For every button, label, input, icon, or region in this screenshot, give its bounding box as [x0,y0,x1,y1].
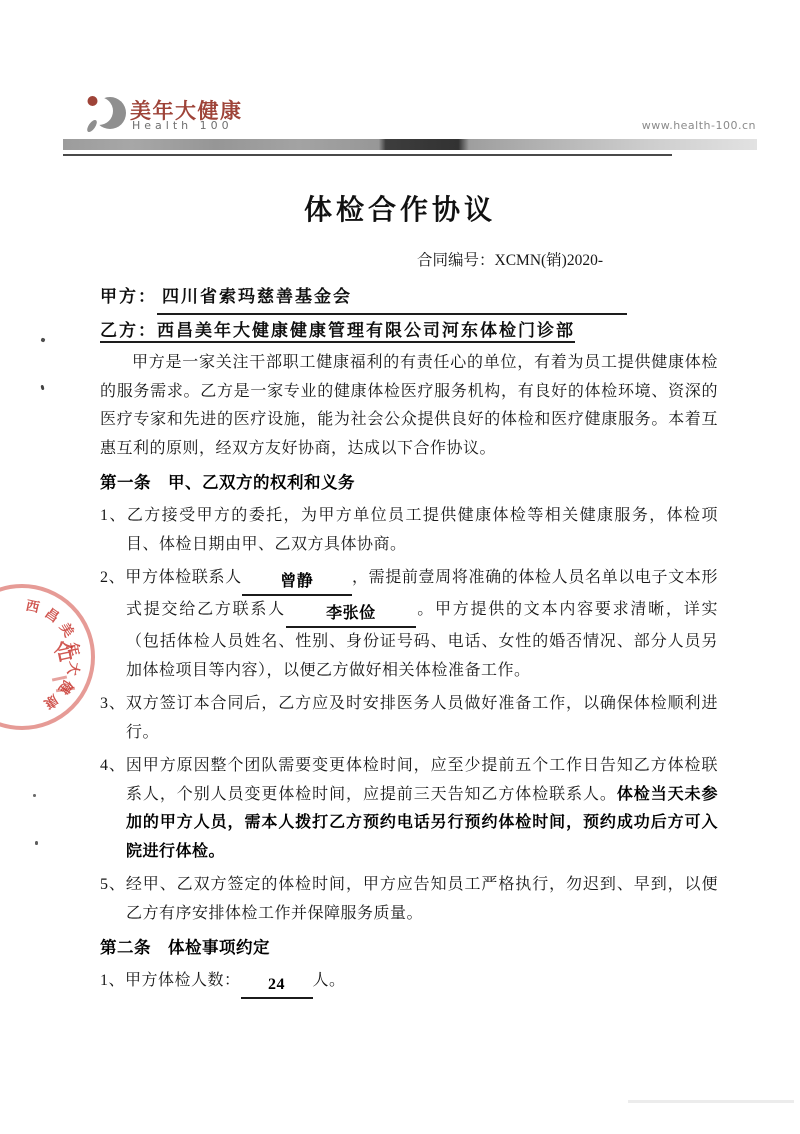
health100-logo-icon [84,93,128,139]
fill-blank-contact-b: 李张俭 [286,601,416,628]
item-number: 2、 [100,569,125,586]
party-a-row: 甲方：四川省索玛慈善基金会 [100,281,718,315]
item-number: 5、 [100,876,126,893]
stamp-inner-mark [56,687,75,693]
item-number: 3、 [100,695,126,712]
party-b-value: 西昌美年大健康健康管理有限公司河东体检门诊部 [157,321,575,340]
item-text: 双方签订本合同后，乙方应及时安排医务人员做好准备工作，以确保体检顺利进行。 [126,695,718,741]
scan-artifact-line [628,1100,794,1103]
item-number: 4、 [100,757,126,774]
party-a-value: 四川省索玛慈善基金会 [162,287,352,306]
section1-item-4: 4、因甲方原因整个团队需要变更体检时间，应至少提前五个工作日告知乙方体检联系人，… [100,752,718,866]
scanned-contract-page: { "header": { "brand_cn": "美年大健康", "bran… [0,0,800,1134]
contract-number: 合同编号：XCMN(销)2020- [100,250,718,272]
intro-paragraph: 甲方是一家关注干部职工健康福利的有责任心的单位，有着为员工提供健康体检的服务需求… [100,349,718,463]
scan-speck [35,841,38,845]
item-text-post: 人。 [313,972,346,989]
brand-name-english: Health 100 [132,119,233,132]
party-b-row: 乙方：西昌美年大健康健康管理有限公司河东体检门诊部 [100,315,718,347]
section2-item-1: 1、甲方体检人数：24人。 [100,967,718,999]
contract-body: 合同编号：XCMN(销)2020- 甲方：四川省索玛慈善基金会 乙方：西昌美年大… [100,250,718,999]
fill-blank-headcount: 24 [241,972,313,999]
party-a-label: 甲方： [100,287,157,306]
fill-blank-contact-a: 曾静 [242,569,352,596]
section1-item-2: 2、甲方体检联系人曾静，需提前壹周将准确的体检人员名单以电子文本形式提交给乙方联… [100,564,718,685]
party-b-label: 乙方： [100,321,157,340]
section1-item-5: 5、经甲、乙双方签定的体检时间，甲方应告知员工严格执行，勿迟到、早到，以便乙方有… [100,871,718,928]
item-text-pre: 甲方体检联系人 [125,569,242,586]
stamp-circle [0,584,95,730]
section1-item-1: 1、乙方接受甲方的委托，为甲方单位员工提供健康体检等相关健康服务，体检项目、体检… [100,502,718,559]
scan-speck [40,337,45,342]
item-text: 经甲、乙双方签定的体检时间，甲方应告知员工严格执行，勿迟到、早到，以便乙方有序安… [126,876,718,922]
scan-speck [40,385,44,391]
stamp-arc-char: 西 [24,594,41,616]
stamp-arc-char: 年 [64,641,86,658]
item-text-pre: 甲方体检人数： [125,972,241,989]
section2-heading: 第二条 体检事项约定 [100,933,718,962]
header-rule-line [63,154,672,156]
stamp-arc-char: 健 [55,677,79,699]
section1-heading: 第一条 甲、乙双方的权利和义务 [100,468,718,497]
stamp-arc-char: 昌 [42,602,65,626]
stamp-center-char: 合 [51,634,78,668]
stamp-arc-char: 康 [41,691,63,715]
website-url: www.health-100.cn [642,119,756,132]
item-number: 1、 [100,507,127,524]
document-title: 体检合作协议 [0,188,800,228]
scan-speck [33,794,36,797]
stamp-inner-mark [52,675,67,681]
party-a-underline: 四川省索玛慈善基金会 [157,281,627,315]
stamp-arc-char: 大 [64,660,86,677]
item-number: 1、 [100,972,125,989]
stamp-arc-char: 美 [56,618,80,640]
header-gradient-bar [63,139,757,150]
section1-item-3: 3、双方签订本合同后，乙方应及时安排医务人员做好准备工作，以确保体检顺利进行。 [100,690,718,747]
party-b-underline: 乙方：西昌美年大健康健康管理有限公司河东体检门诊部 [100,321,575,343]
item-text: 乙方接受甲方的委托，为甲方单位员工提供健康体检等相关健康服务，体检项目、体检日期… [126,507,718,553]
